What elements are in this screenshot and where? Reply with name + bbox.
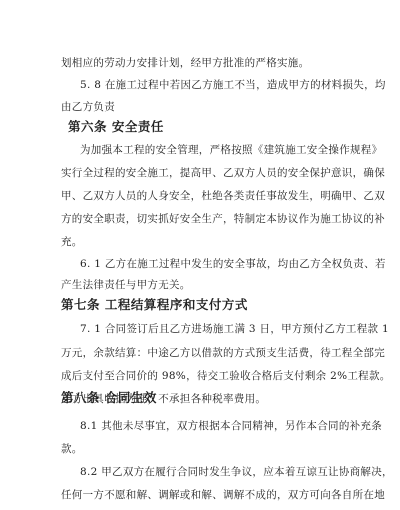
clause-5-8: 5. 8 在施工过程中若因乙方施工不当，造成甲方的材料损失，均	[80, 78, 386, 92]
clause-6-1: 6. 1 乙方在施工过程中发生的安全事故，均由乙方全权负责、若	[80, 257, 386, 271]
body-line: 产生法律责任与甲方无关。	[61, 278, 191, 292]
body-line: 充。	[61, 235, 83, 249]
body-line: 方的安全职责，切实抓好安全生产，特制定本协议作为施工协议的补	[61, 212, 385, 226]
clause-8-2: 8.2 甲乙双方在履行合同时发生争议，应本着互谅互让协商解决，	[80, 465, 393, 479]
body-line: 任何一方不愿和解、调解或和解、调解不成的，双方可向各自所在地	[61, 488, 385, 502]
body-line: 实行全过程的安全施工，提高甲、乙双方人员的安全保护意识，确保	[61, 166, 385, 180]
body-line: 为加强本工程的安全管理，严格按照《建筑施工安全操作规程》	[80, 143, 382, 157]
section-heading-8: 第八条 合同生效	[61, 391, 157, 405]
document-page: 划相应的劳动力安排计划，经甲方批准的严格实施。 5. 8 在施工过程中若因乙方施…	[0, 0, 400, 510]
clause-7-1: 7. 1 合同签订后且乙方进场施工满 3 日，甲方预付乙方工程款 1	[80, 322, 389, 336]
body-line: 成后支付至合同价的 98%，待交工验收合格后支付剩余 2%工程款。	[61, 369, 391, 383]
clause-8-1: 8.1 其他未尽事宜，双方根据本合同精神，另作本合同的补充条	[80, 419, 382, 433]
section-heading-7: 第七条 工程结算程序和支付方式	[61, 298, 248, 312]
section-heading-6: 第六条 安全责任	[68, 120, 164, 134]
body-line: 划相应的劳动力安排计划，经甲方批准的严格实施。	[61, 56, 309, 70]
body-line: 甲、乙双方人员的人身安全，杜绝各类责任事故发生，明确甲、乙双	[61, 189, 385, 203]
body-line: 由乙方负责	[61, 100, 115, 114]
body-line: 万元，余款结算：中途乙方以借款的方式预支生活费，待工程全部完	[61, 346, 385, 360]
body-line: 款。	[61, 442, 83, 456]
